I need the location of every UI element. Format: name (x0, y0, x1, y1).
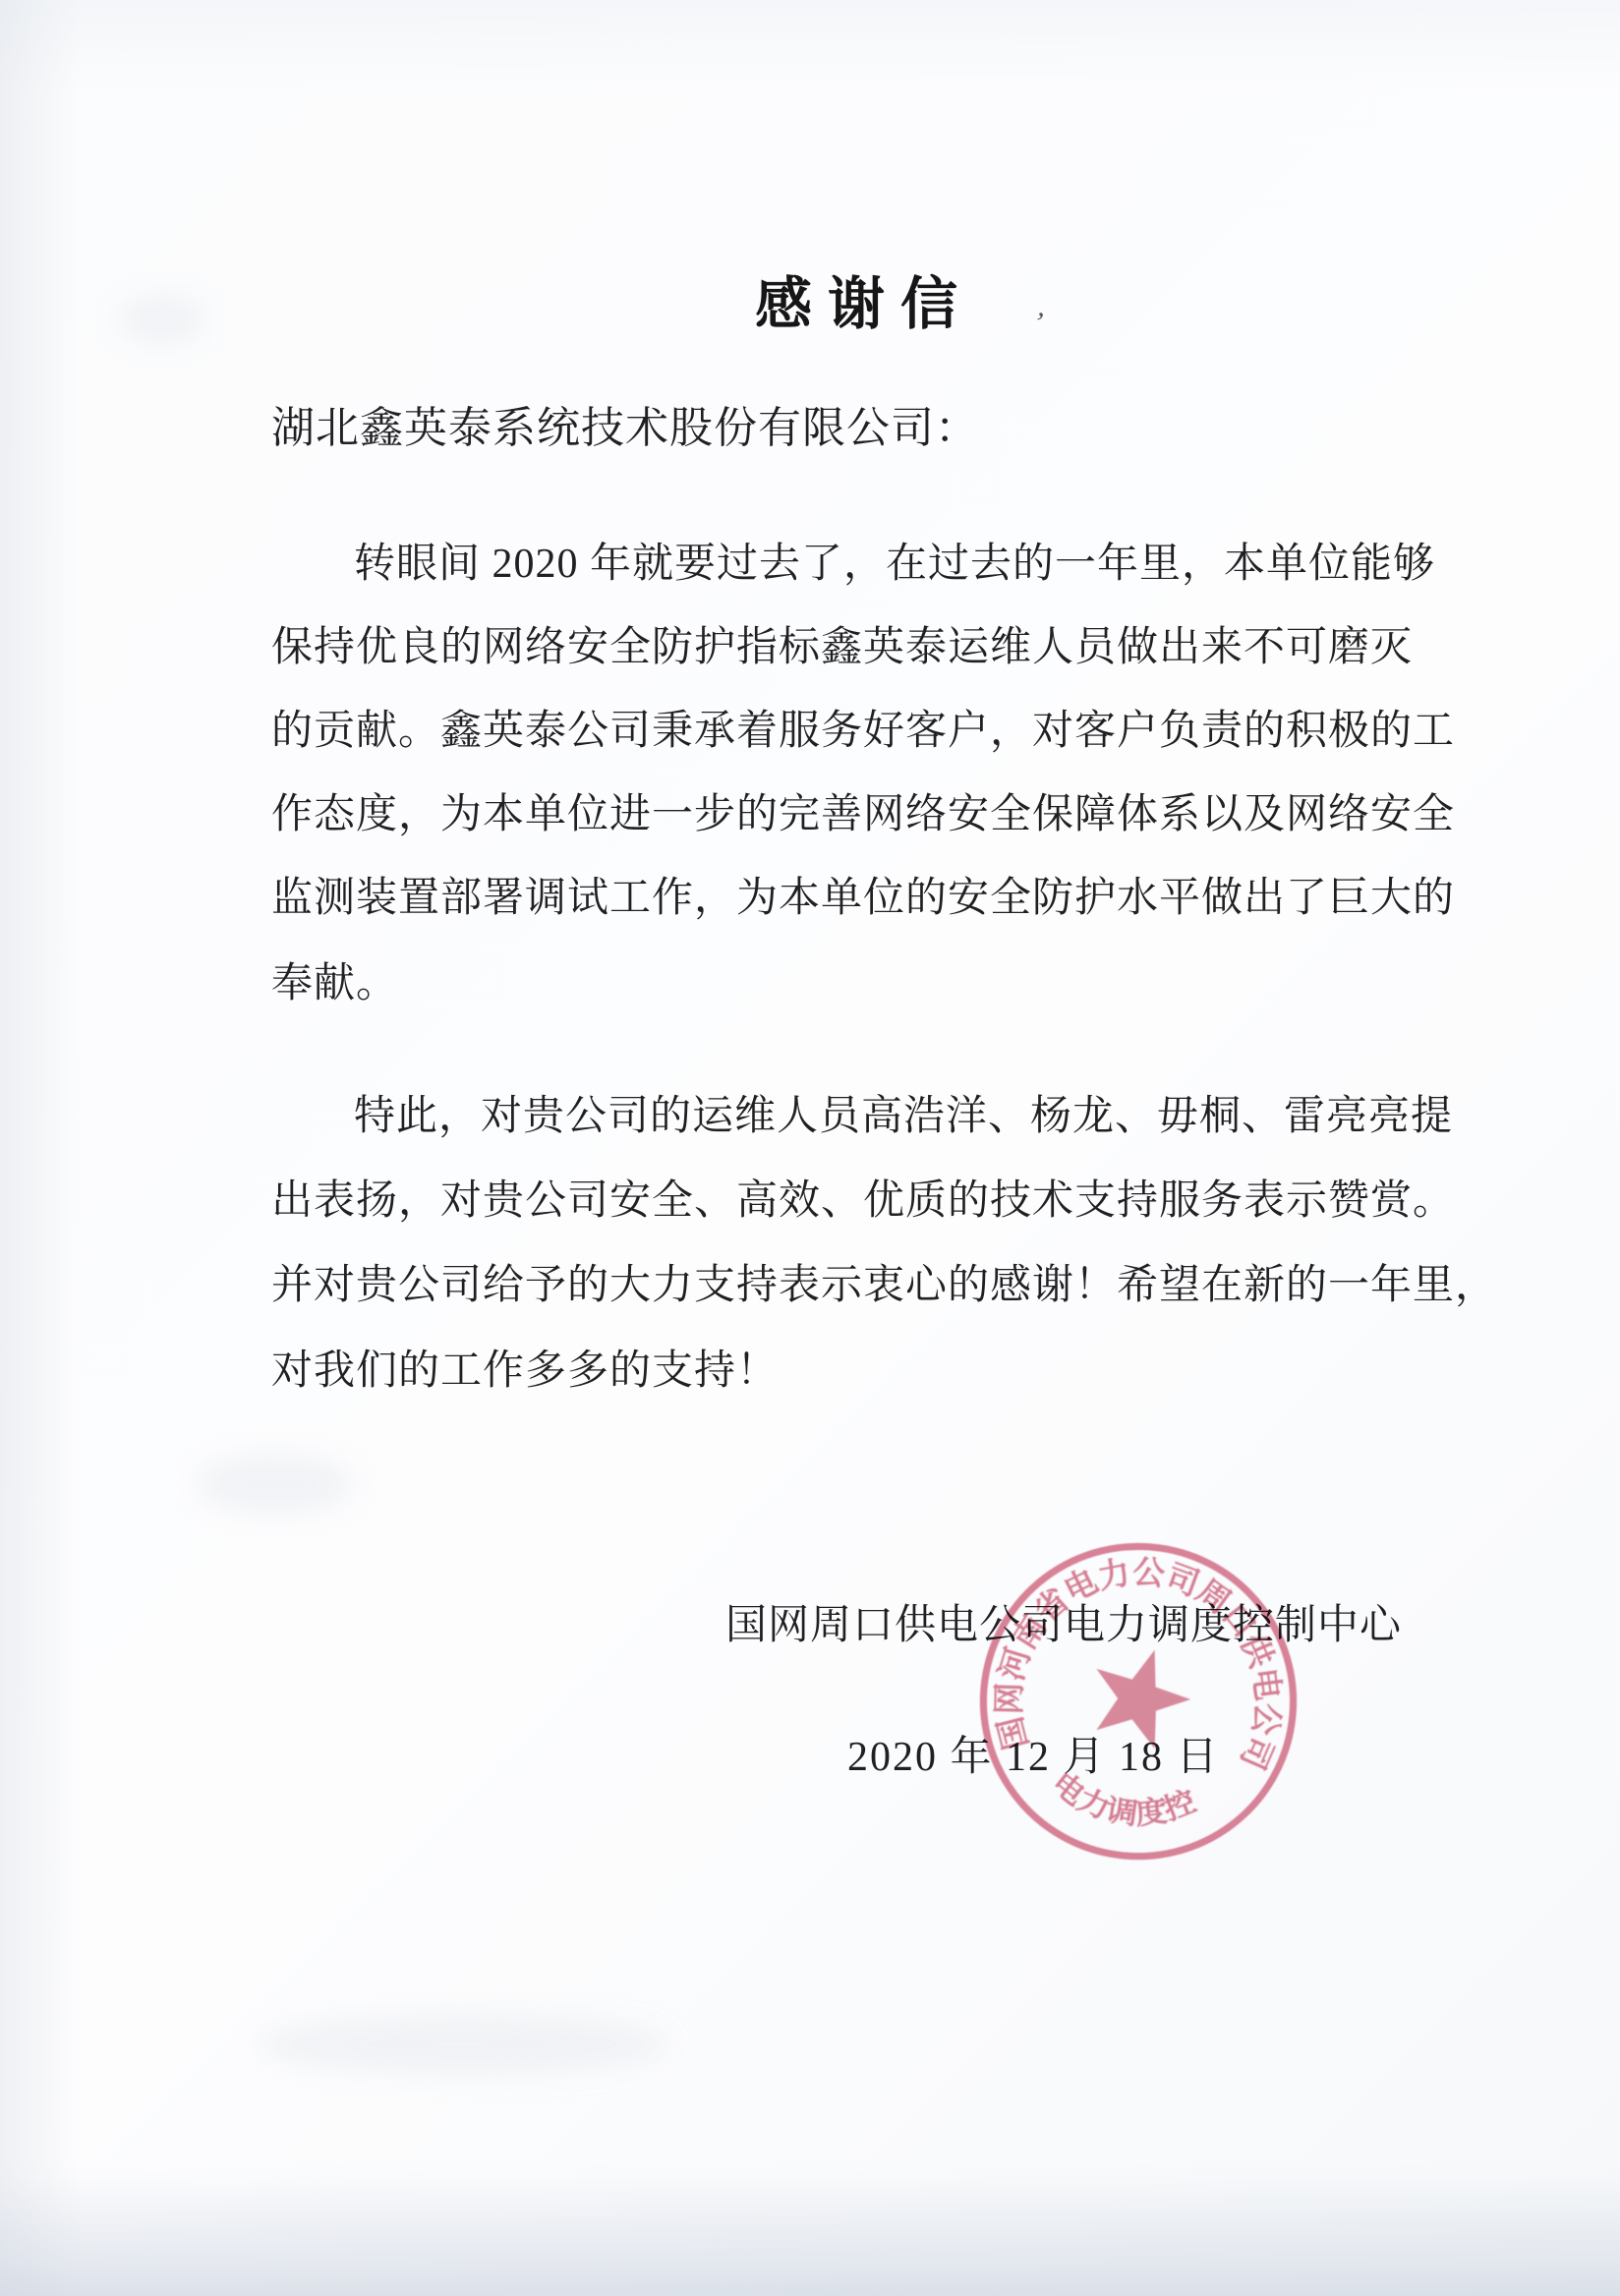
stamp-bottom-text: 电力调度控制中心 (935, 1498, 1244, 1840)
stamp-star-icon (1078, 1635, 1201, 1754)
letter-title: 感谢信 (755, 258, 973, 340)
scan-smudge (256, 2015, 668, 2074)
body-line: 监测装置部署调试工作，为本单位的安全防护水平做出了巨大的 (271, 873, 1455, 924)
body-line: 并对贵公司给予的大力支持表示衷心的感谢！希望在新的一年里， (271, 1260, 1497, 1311)
svg-text:国网河南省电力公司周口供电公司: 国网河南省电力公司周口供电公司 (982, 1534, 1304, 1791)
body-line: 转眼间 2020 年就要过去了，在过去的一年里，本单位能够 (354, 539, 1435, 590)
body-line: 奉献。 (271, 958, 398, 1009)
scan-smudge (197, 1455, 354, 1514)
scan-stray-mark: ’ (1031, 306, 1048, 340)
body-line: 作态度，为本单位进一步的完善网络安全保障体系以及网络安全 (271, 789, 1455, 840)
official-stamp: 国网河南省电力公司周口供电公司 电力调度控制中心 (935, 1498, 1341, 1904)
scan-bottom-haze (0, 2178, 1620, 2296)
body-line: 特此，对贵公司的运维人员高浩洋、杨龙、毋桐、雷亮亮提 (354, 1091, 1453, 1142)
body-line: 保持优良的网络安全防护指标鑫英泰运维人员做出来不可磨灭 (271, 622, 1413, 673)
body-line: 出表扬，对贵公司安全、高效、优质的技术支持服务表示赞赏。 (271, 1176, 1455, 1227)
stamp-ring-text: 国网河南省电力公司周口供电公司 (982, 1534, 1304, 1791)
scanned-letter-page: 感谢信 ’ 湖北鑫英泰系统技术股份有限公司： 转眼间 2020 年就要过去了，在… (0, 0, 1620, 2296)
scan-smudge (118, 295, 206, 344)
svg-text:电力调度控制中心: 电力调度控制中心 (935, 1498, 1244, 1840)
recipient-line: 湖北鑫英泰系统技术股份有限公司： (271, 403, 979, 454)
body-line: 对我们的工作多多的支持！ (271, 1346, 779, 1397)
body-line: 的贡献。鑫英泰公司秉承着服务好客户，对客户负责的积极的工 (271, 706, 1455, 757)
